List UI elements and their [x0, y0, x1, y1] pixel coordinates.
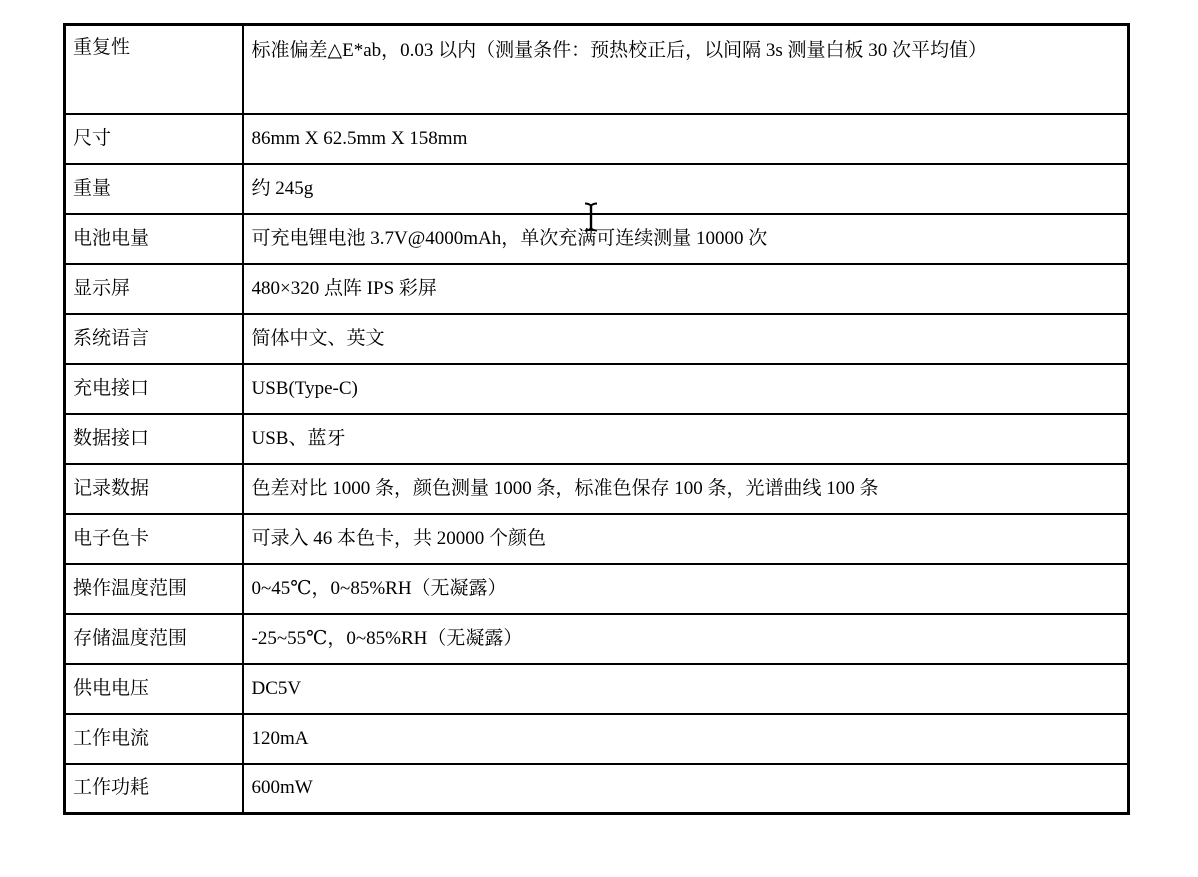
spec-value: 480×320 点阵 IPS 彩屏 [243, 264, 1129, 314]
spec-label: 存储温度范围 [65, 614, 243, 664]
table-row: 操作温度范围 0~45℃，0~85%RH（无凝露） [65, 564, 1129, 614]
table-row: 显示屏 480×320 点阵 IPS 彩屏 [65, 264, 1129, 314]
spec-label: 电子色卡 [65, 514, 243, 564]
spec-label: 重复性 [65, 25, 243, 114]
table-row: 系统语言 简体中文、英文 [65, 314, 1129, 364]
spec-label: 操作温度范围 [65, 564, 243, 614]
document-page: 重复性 标准偏差△E*ab，0.03 以内（测量条件：预热校正后，以间隔 3s … [0, 0, 1198, 877]
spec-value: 可录入 46 本色卡，共 20000 个颜色 [243, 514, 1129, 564]
spec-label: 重量 [65, 164, 243, 214]
spec-value: 约 245g [243, 164, 1129, 214]
spec-value: 120mA [243, 714, 1129, 764]
table-row: 电池电量 可充电锂电池 3.7V@4000mAh，单次充满可连续测量 10000… [65, 214, 1129, 264]
spec-value: DC5V [243, 664, 1129, 714]
table-row: 重量 约 245g [65, 164, 1129, 214]
table-row: 工作电流 120mA [65, 714, 1129, 764]
spec-value: USB(Type-C) [243, 364, 1129, 414]
spec-label: 显示屏 [65, 264, 243, 314]
table-row: 数据接口 USB、蓝牙 [65, 414, 1129, 464]
spec-label: 电池电量 [65, 214, 243, 264]
table-row: 存储温度范围 -25~55℃，0~85%RH（无凝露） [65, 614, 1129, 664]
spec-label: 记录数据 [65, 464, 243, 514]
spec-value: 86mm X 62.5mm X 158mm [243, 114, 1129, 164]
spec-value: -25~55℃，0~85%RH（无凝露） [243, 614, 1129, 664]
spec-table: 重复性 标准偏差△E*ab，0.03 以内（测量条件：预热校正后，以间隔 3s … [63, 23, 1130, 815]
table-row: 电子色卡 可录入 46 本色卡，共 20000 个颜色 [65, 514, 1129, 564]
spec-value: 简体中文、英文 [243, 314, 1129, 364]
spec-label: 工作功耗 [65, 764, 243, 814]
spec-value: 色差对比 1000 条，颜色测量 1000 条，标准色保存 100 条，光谱曲线… [243, 464, 1129, 514]
spec-label: 供电电压 [65, 664, 243, 714]
spec-label: 工作电流 [65, 714, 243, 764]
table-row: 充电接口 USB(Type-C) [65, 364, 1129, 414]
table-row: 尺寸 86mm X 62.5mm X 158mm [65, 114, 1129, 164]
spec-label: 数据接口 [65, 414, 243, 464]
table-row: 记录数据 色差对比 1000 条，颜色测量 1000 条，标准色保存 100 条… [65, 464, 1129, 514]
table-row: 供电电压 DC5V [65, 664, 1129, 714]
spec-value: 0~45℃，0~85%RH（无凝露） [243, 564, 1129, 614]
table-row: 工作功耗 600mW [65, 764, 1129, 814]
spec-value: 可充电锂电池 3.7V@4000mAh，单次充满可连续测量 10000 次 [243, 214, 1129, 264]
spec-value: 标准偏差△E*ab，0.03 以内（测量条件：预热校正后，以间隔 3s 测量白板… [243, 25, 1129, 114]
spec-value: 600mW [243, 764, 1129, 814]
spec-label: 充电接口 [65, 364, 243, 414]
spec-value: USB、蓝牙 [243, 414, 1129, 464]
spec-label: 尺寸 [65, 114, 243, 164]
table-row: 重复性 标准偏差△E*ab，0.03 以内（测量条件：预热校正后，以间隔 3s … [65, 25, 1129, 114]
spec-label: 系统语言 [65, 314, 243, 364]
